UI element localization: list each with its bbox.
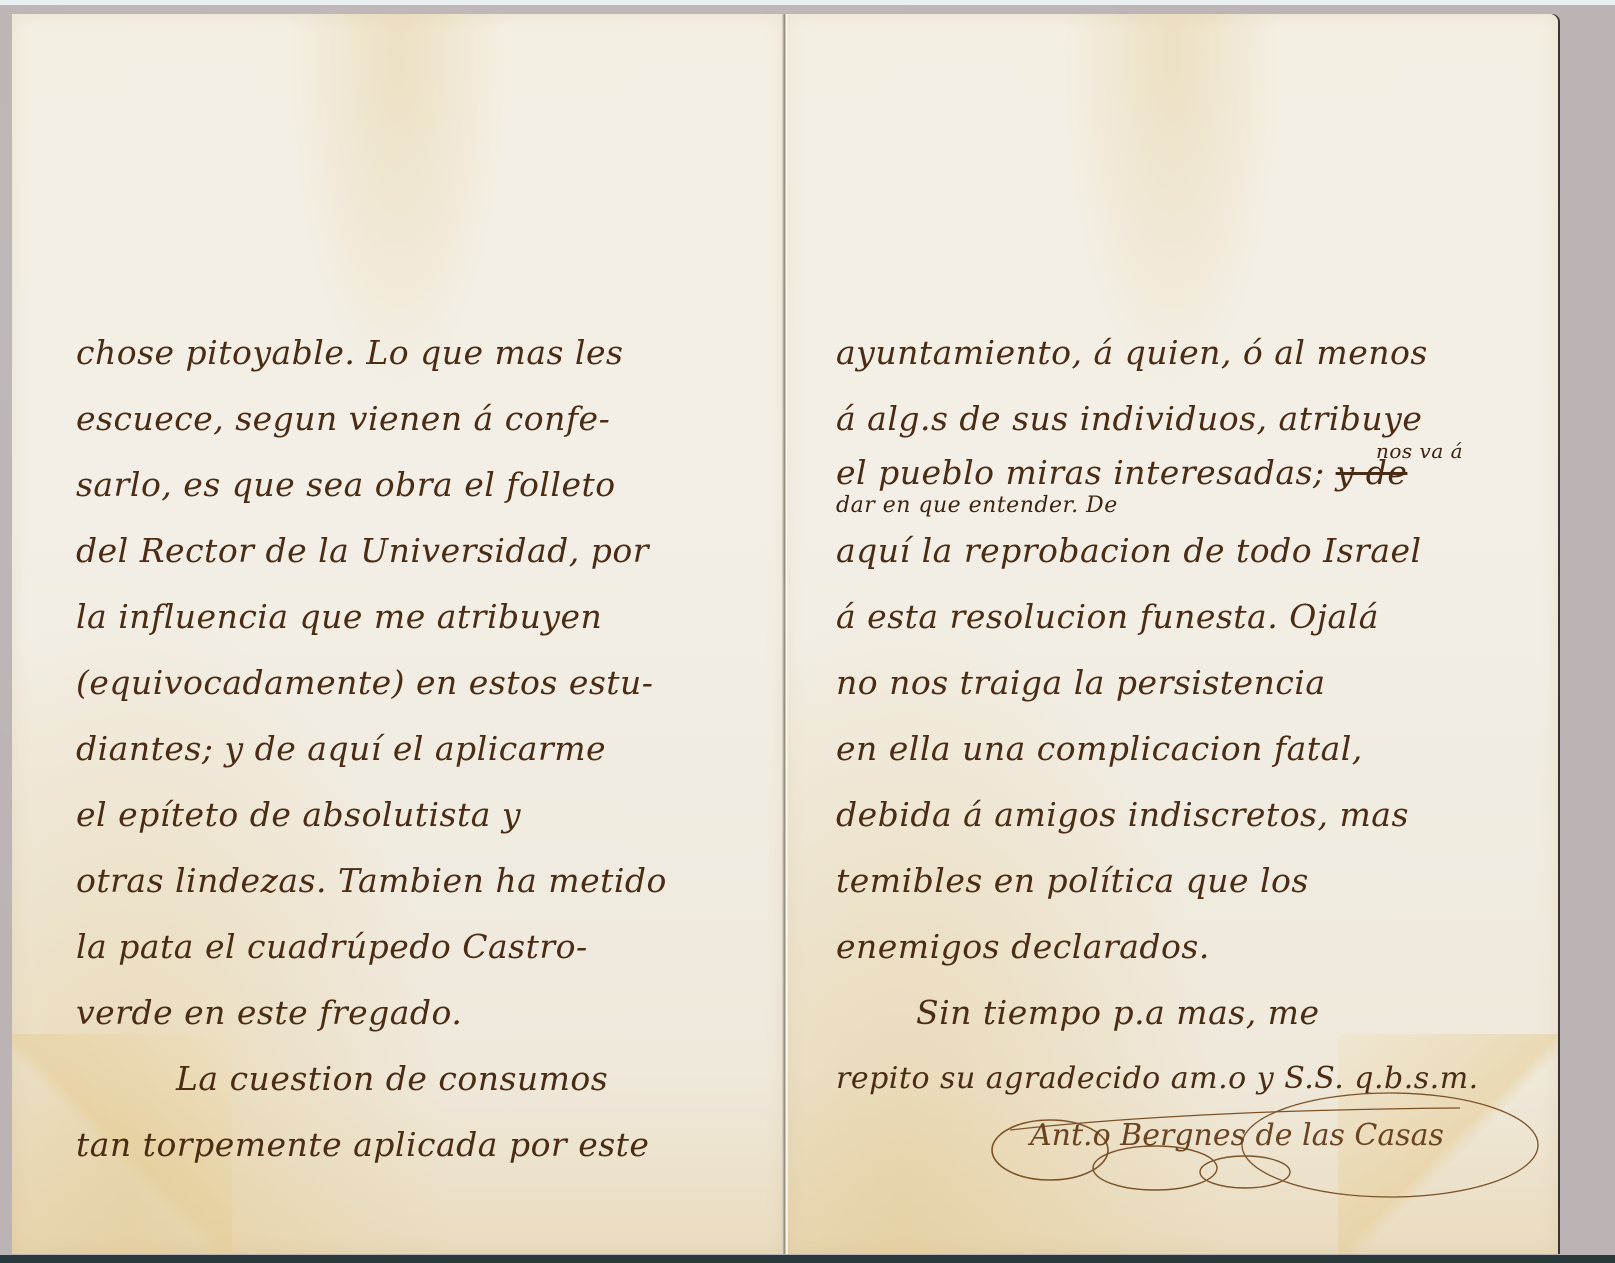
text-line: Sin tiempo p.a mas, me — [836, 980, 1536, 1046]
text-fragment: el pueblo miras interesadas; — [836, 453, 1325, 492]
text-line: el pueblo miras interesadas; y de nos va… — [836, 452, 1536, 494]
text-line: escuece, segun vienen á confe- — [76, 386, 766, 452]
interlinear-line: dar en que entender. De — [836, 494, 1536, 518]
text-line: á esta resolucion funesta. Ojalá — [836, 584, 1536, 650]
text-line: otras lindezas. Tambien ha metido — [76, 848, 766, 914]
text-line: sarlo, es que sea obra el folleto — [76, 452, 766, 518]
scan-top-edge — [0, 0, 1615, 5]
text-line: diantes; y de aquí el aplicarme — [76, 716, 766, 782]
left-page-text: chose pitoyable. Lo que mas les escuece,… — [76, 320, 766, 1178]
text-line: aquí la reprobacion de todo Israel — [836, 518, 1536, 584]
text-line: La cuestion de consumos — [76, 1046, 766, 1112]
text-line: (equivocadamente) en estos estu- — [76, 650, 766, 716]
signature-name: Ant.o Bergnes de las Casas — [1030, 1118, 1444, 1153]
text-line: verde en este fregado. — [76, 980, 766, 1046]
text-line: ayuntamiento, á quien, ó al menos — [836, 320, 1536, 386]
right-page-text: ayuntamiento, á quien, ó al menos á alg.… — [836, 320, 1536, 1112]
text-line: la pata el cuadrúpedo Castro- — [76, 914, 766, 980]
interlinear-insertion: nos va á — [1376, 430, 1463, 472]
text-line: temibles en política que los — [836, 848, 1536, 914]
text-line: no nos traiga la persistencia — [836, 650, 1536, 716]
text-line: la influencia que me atribuyen — [76, 584, 766, 650]
signature: Ant.o Bergnes de las Casas — [990, 1090, 1550, 1210]
text-line: el epíteto de absolutista y — [76, 782, 766, 848]
text-line: tan torpemente aplicada por este — [76, 1112, 766, 1178]
text-line: en ella una complicacion fatal, — [836, 716, 1536, 782]
center-fold — [782, 14, 788, 1254]
text-line: del Rector de la Universidad, por — [76, 518, 766, 584]
scan-bottom-edge — [0, 1255, 1615, 1263]
text-line: chose pitoyable. Lo que mas les — [76, 320, 766, 386]
text-line: enemigos declarados. — [836, 914, 1536, 980]
text-line: debida á amigos indiscretos, mas — [836, 782, 1536, 848]
